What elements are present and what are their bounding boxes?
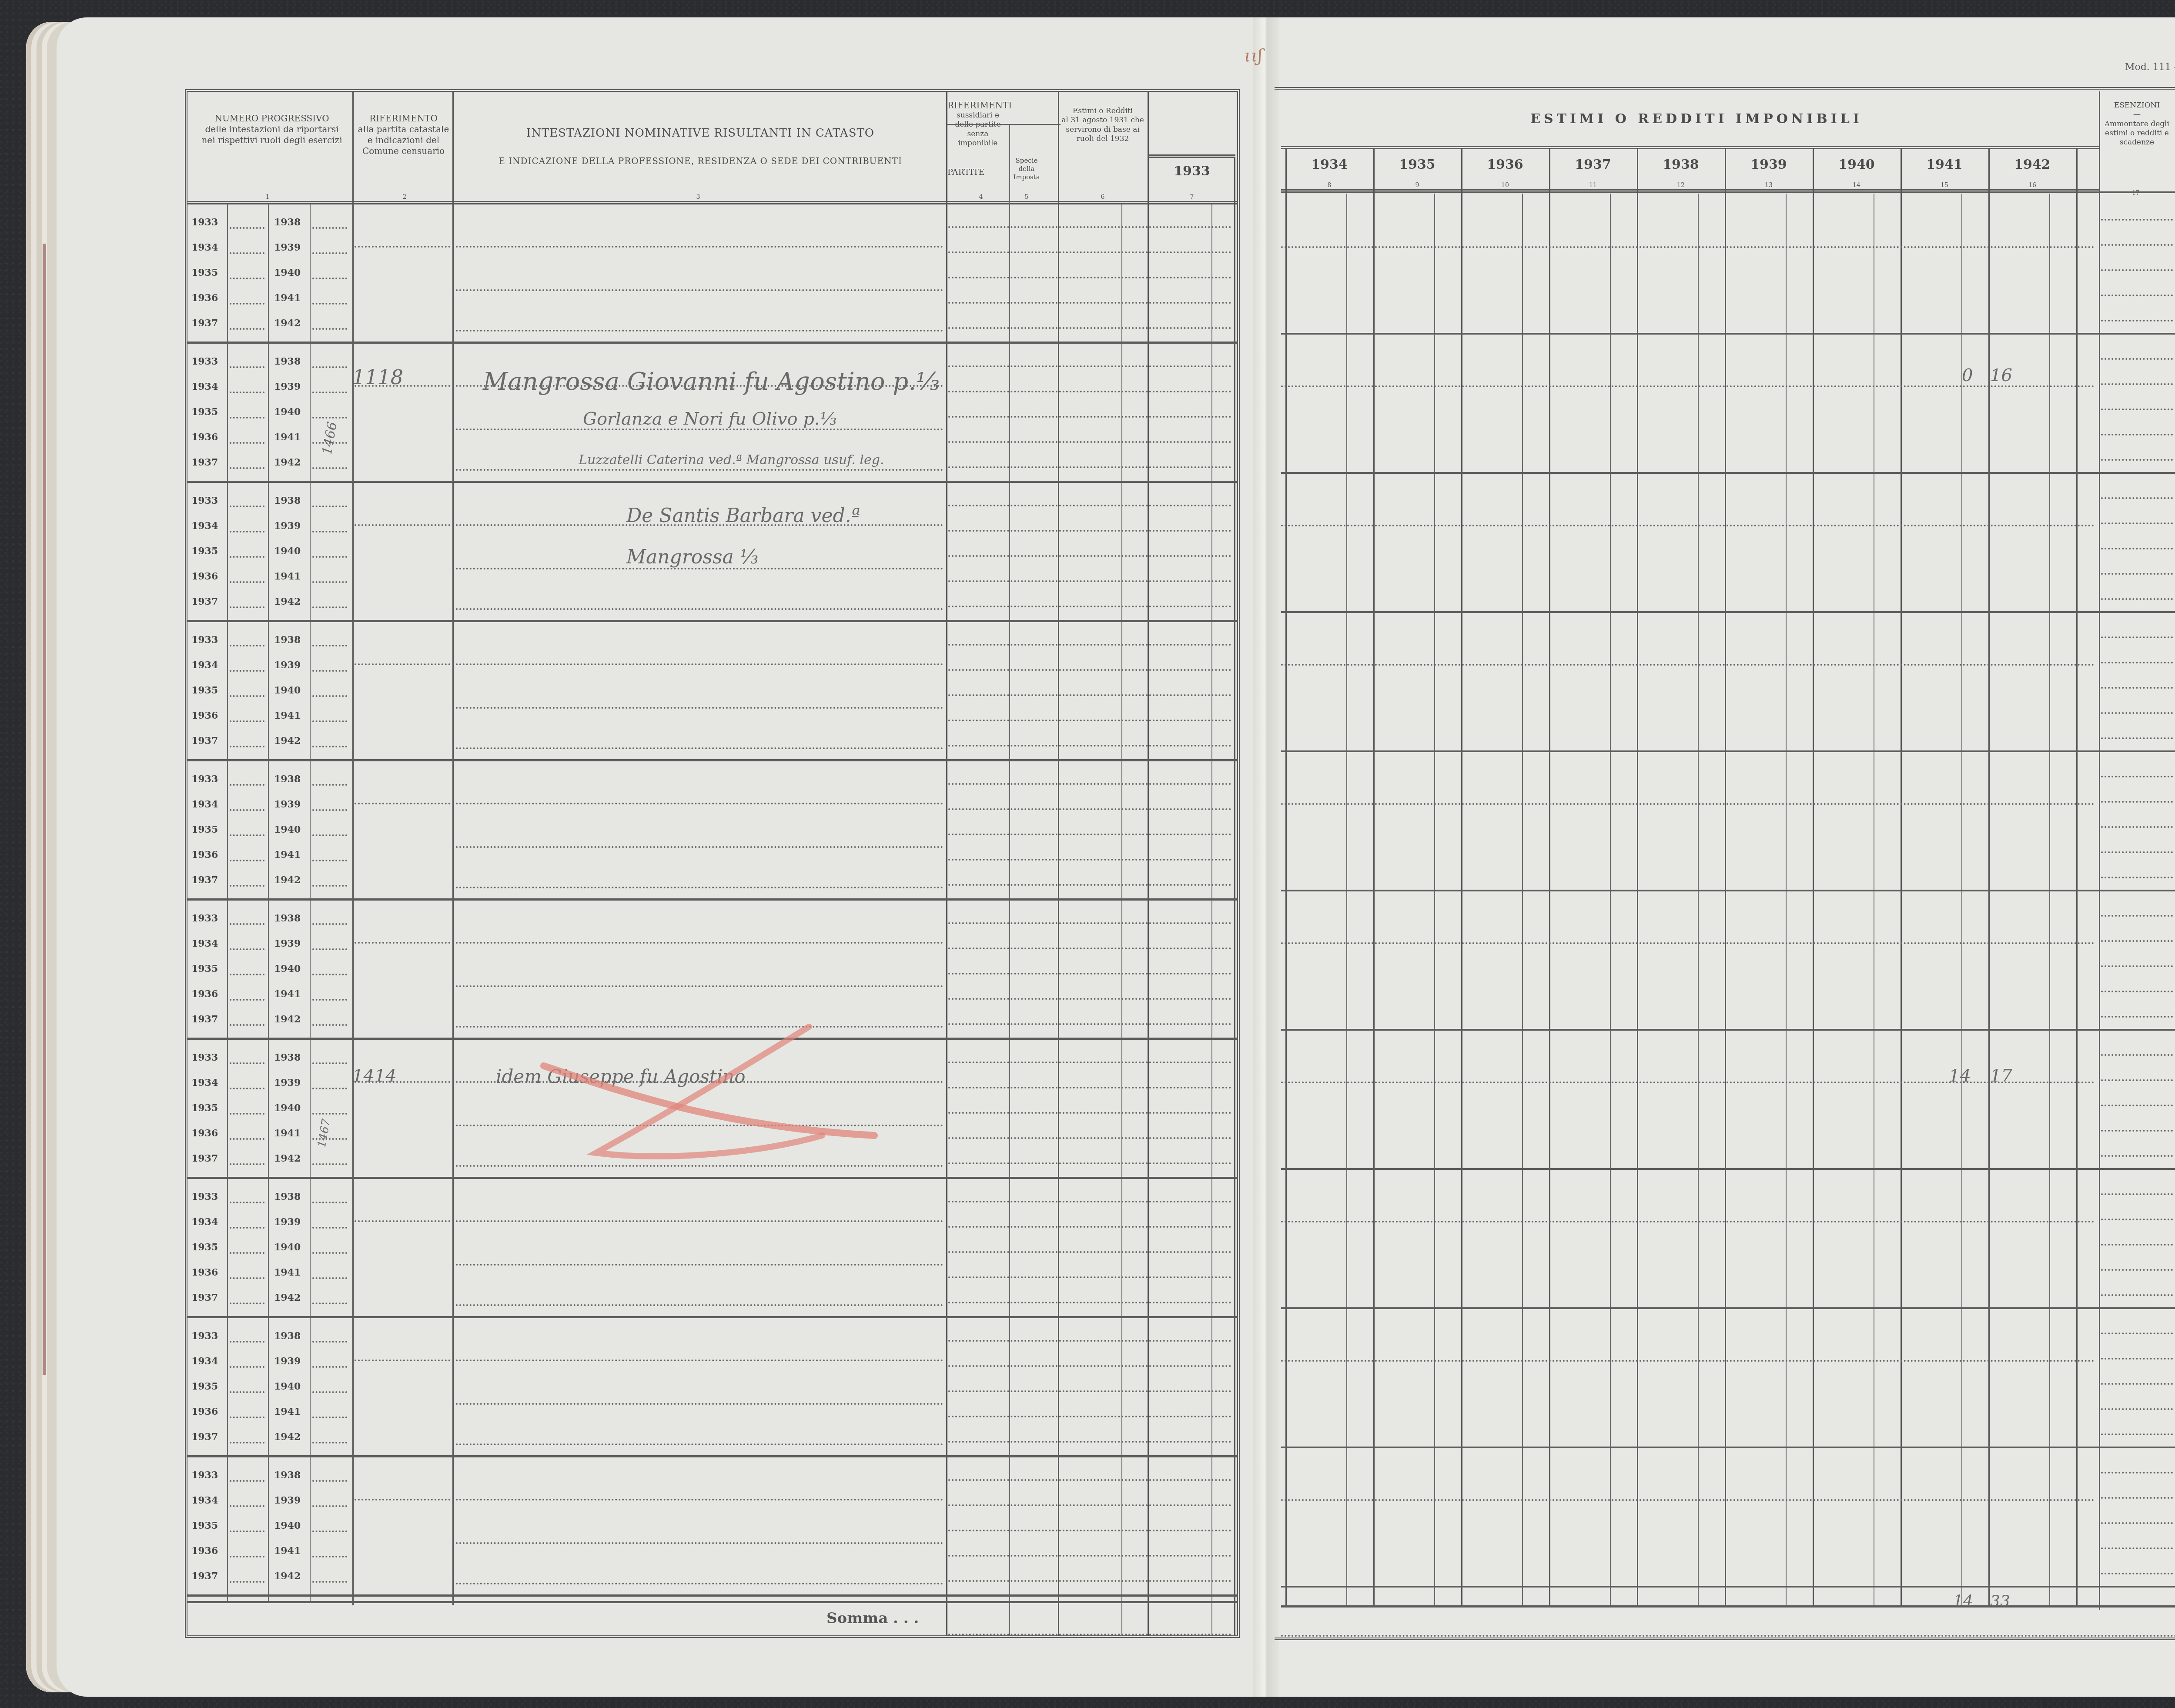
esenzioni-title: ESENZIONI <box>2101 101 2173 110</box>
year-label-right: 1942 <box>274 596 301 607</box>
year-label-right: 1942 <box>274 318 301 329</box>
year-label-right: 1939 <box>274 1216 301 1228</box>
year-col-header: 1941 <box>1901 157 1988 173</box>
year-fill-line <box>312 695 347 697</box>
entry-2-1941-lire: 0 <box>1962 365 1973 385</box>
col6-title: Estimi o Redditi <box>1059 107 1146 116</box>
esenzioni-writing-line <box>2101 320 2173 322</box>
amount-writing-line <box>948 391 1231 392</box>
esenzioni-writing-line <box>2101 434 2173 435</box>
year-col-number: 15 <box>1901 182 1988 189</box>
entry-separator <box>1281 750 2175 752</box>
year-col-number: 11 <box>1549 182 1637 189</box>
col3-number: 3 <box>692 194 705 201</box>
esenzioni-writing-line <box>2101 1497 2173 1499</box>
year-label-right: 1940 <box>274 1242 301 1253</box>
year-fill-line <box>230 1062 264 1064</box>
name-writing-line <box>456 942 943 944</box>
year-label-left: 1936 <box>191 1545 218 1557</box>
esenzioni-writing-line <box>2101 598 2173 600</box>
year-fill-line <box>312 1163 347 1165</box>
year-fill-line <box>312 1442 347 1443</box>
year-label-right: 1938 <box>274 1191 301 1202</box>
year-fill-line <box>230 923 264 925</box>
esenzioni-writing-line <box>2101 244 2173 246</box>
year-label-left: 1937 <box>191 596 218 607</box>
esenzioni-writing-line <box>2101 1383 2173 1385</box>
year-fill-line <box>312 784 347 786</box>
year-fill-line <box>312 1391 347 1393</box>
ref-writing-line <box>355 1360 450 1361</box>
year-fill-line <box>312 392 347 393</box>
year-label-left: 1935 <box>191 546 218 557</box>
esenzioni-writing-line <box>2101 548 2173 549</box>
year-fill-line <box>230 695 264 697</box>
footer-divider <box>187 1601 1238 1603</box>
year-fill-line <box>230 1024 264 1026</box>
year-fill-line <box>230 1113 264 1115</box>
year-fill-line <box>312 1252 347 1254</box>
year-fill-line <box>312 1088 347 1089</box>
col3-title: INTESTAZIONI NOMINATIVE RISULTANTI IN CA… <box>455 126 946 141</box>
year-col-line <box>1725 148 1726 1605</box>
value-writing-line <box>1281 1360 2095 1362</box>
year-label-right: 1938 <box>274 356 301 367</box>
year-fill-line <box>230 1417 264 1418</box>
year-fill-line <box>312 1480 347 1482</box>
value-writing-line <box>1281 246 2095 248</box>
esenzioni-writing-line <box>2101 1433 2173 1435</box>
entry-separator <box>1281 1307 2175 1309</box>
cent-col-line <box>1961 194 1962 1605</box>
year-label-left: 1933 <box>191 1052 218 1063</box>
ref-writing-line <box>355 942 450 944</box>
year-fill-line <box>230 746 264 747</box>
year-fill-line <box>230 1366 264 1368</box>
cent-col-line <box>1434 194 1435 1605</box>
year-col-line <box>1901 148 1902 1605</box>
year-fill-line <box>312 417 347 419</box>
year-fill-line <box>230 809 264 811</box>
model-title: Mod. 111 - Imposte Dirette (Intercalare)… <box>2125 62 2175 73</box>
value-writing-line <box>1281 803 2095 805</box>
value-writing-line <box>1281 525 2095 526</box>
year-fill-line <box>312 948 347 950</box>
amount-writing-line <box>948 327 1231 329</box>
year-label-left: 1936 <box>191 1267 218 1278</box>
year-fill-line <box>230 1341 264 1343</box>
year-fill-line <box>312 606 347 608</box>
year-fill-line <box>312 1531 347 1532</box>
amount-writing-line <box>948 808 1231 810</box>
year-fill-line <box>230 645 264 646</box>
esenzioni-writing-line <box>2101 877 2173 878</box>
year-label-left: 1936 <box>191 571 218 582</box>
year-label-left: 1934 <box>191 520 218 532</box>
year-label-right: 1938 <box>274 1330 301 1342</box>
year-fill-line <box>312 1303 347 1304</box>
cent-col-line <box>2049 194 2050 1605</box>
amount-writing-line <box>948 555 1231 557</box>
year-fill-line <box>230 860 264 861</box>
esenzioni-writing-line <box>2101 1522 2173 1524</box>
name-writing-line <box>456 1499 943 1500</box>
name-writing-line <box>456 1264 943 1266</box>
year-col-line <box>1988 148 1990 1605</box>
esenzioni-writing-line <box>2101 1219 2173 1220</box>
year-fill-line <box>312 1202 347 1203</box>
year-label-left: 1936 <box>191 849 218 861</box>
esenzioni-writing-line <box>2101 1269 2173 1271</box>
year-label-left: 1935 <box>191 963 218 975</box>
col4-number: 4 <box>977 194 985 201</box>
amount-writing-line <box>948 1530 1231 1531</box>
year-label-right: 1939 <box>274 520 301 532</box>
vline-col1-end <box>352 91 354 1605</box>
year-label-right: 1939 <box>274 1077 301 1088</box>
name-writing-line <box>456 1304 943 1306</box>
amount-writing-line <box>948 1365 1231 1367</box>
year-fill-line <box>230 417 264 419</box>
year-fill-line <box>312 999 347 1001</box>
left-table-frame <box>185 89 1240 1638</box>
year-label-left: 1935 <box>191 685 218 696</box>
year-fill-line <box>312 670 347 672</box>
value-writing-line <box>1281 1499 2095 1501</box>
year-fill-line <box>230 366 264 368</box>
esenzioni-writing-line <box>2101 358 2173 360</box>
year-col-line <box>1373 148 1375 1605</box>
name-writing-line <box>456 985 943 987</box>
name-writing-line <box>456 1542 943 1544</box>
year-col-number: 12 <box>1637 182 1725 189</box>
year-label-right: 1940 <box>274 824 301 835</box>
amount-writing-line <box>948 1555 1231 1557</box>
col6-subtitle: al 31 agosto 1931 che servirono di base … <box>1059 116 1146 144</box>
esenzioni-writing-line <box>2101 826 2173 828</box>
year-fill-line <box>312 278 347 279</box>
amount-writing-line <box>948 302 1231 304</box>
amount-writing-line <box>948 694 1231 696</box>
entry-separator <box>187 1594 1238 1597</box>
year-label-left: 1937 <box>191 318 218 329</box>
esenzioni-writing-line <box>2101 219 2173 221</box>
year-fill-line <box>312 1024 347 1026</box>
year-label-right: 1940 <box>274 685 301 696</box>
year-label-left: 1936 <box>191 988 218 1000</box>
year-label-left: 1933 <box>191 913 218 924</box>
year-fill-line <box>230 885 264 887</box>
year-label-right: 1942 <box>274 735 301 747</box>
amount-writing-line <box>948 1276 1231 1278</box>
col3-subtitle: E INDICAZIONE DELLA PROFESSIONE, RESIDEN… <box>455 156 946 167</box>
amount-writing-line <box>948 365 1231 367</box>
right-somma-line <box>1281 1635 2175 1637</box>
year-fill-line <box>312 303 347 305</box>
year-fill-line <box>312 252 347 254</box>
name-writing-line <box>456 747 943 749</box>
year-col-line <box>1549 148 1550 1605</box>
amount-writing-line <box>948 226 1231 228</box>
year-label-left: 1934 <box>191 1077 218 1088</box>
esenzioni-writing-line <box>2101 1130 2173 1132</box>
esenzioni-writing-line <box>2101 965 2173 967</box>
entry-2-name-1: Mangrossa Giovanni fu Agostino p.⅓ <box>483 368 940 396</box>
col6-header: Estimi o Redditi al 31 agosto 1931 che s… <box>1059 107 1146 144</box>
col1-subtitle: delle intestazioni da riportarsi nei ris… <box>191 124 352 146</box>
year-label-right: 1939 <box>274 381 301 392</box>
year-fill-line <box>312 974 347 975</box>
year-label-right: 1942 <box>274 1431 301 1443</box>
col2-header: RIFERIMENTO alla partita catastale e ind… <box>355 113 452 157</box>
year-label-right: 1941 <box>274 710 301 721</box>
year-label-right: 1938 <box>274 1470 301 1481</box>
year-fill-line <box>312 328 347 330</box>
year-label-right: 1941 <box>274 849 301 861</box>
entry-separator <box>1281 1168 2175 1170</box>
red-spine-edge <box>43 244 46 1375</box>
value-writing-line <box>1281 942 2095 944</box>
esenzioni-writing-line <box>2101 801 2173 803</box>
esenzioni-writing-line <box>2101 851 2173 853</box>
year-fill-line <box>230 556 264 558</box>
year-fill-line <box>312 556 347 558</box>
entry-3-name-2: Mangrossa ⅓ <box>626 546 758 568</box>
year-fill-line <box>230 328 264 330</box>
col2-number: 2 <box>398 194 411 201</box>
name-writing-line <box>456 1360 943 1361</box>
year-fill-line <box>312 1366 347 1368</box>
esenzioni-writing-line <box>2101 383 2173 385</box>
col45-subtitle: sussidiari e delle partite senza imponib… <box>947 111 1008 148</box>
year-fill-line <box>312 885 347 887</box>
year-label-left: 1936 <box>191 432 218 443</box>
section-title: ESTIMI O REDDITI IMPONIBILI <box>1305 111 2088 127</box>
specie-imposta-header: Specie della Imposta <box>1011 157 1042 181</box>
entry-separator <box>187 481 1238 483</box>
year-label-left: 1935 <box>191 267 218 278</box>
year-col-number: 13 <box>1725 182 1813 189</box>
year-fill-line <box>312 1277 347 1279</box>
vline-col1-a <box>227 204 228 1601</box>
amount-writing-line <box>948 1062 1231 1063</box>
year-label-right: 1939 <box>274 799 301 810</box>
ref-writing-line <box>355 803 450 804</box>
esenzioni-writing-line <box>2101 712 2173 714</box>
amount-writing-line <box>948 530 1231 532</box>
year-label-right: 1942 <box>274 457 301 468</box>
entry-separator <box>1281 472 2175 474</box>
year-label-left: 1937 <box>191 874 218 886</box>
year-fill-line <box>230 974 264 975</box>
col1-title: NUMERO PROGRESSIVO <box>191 113 352 124</box>
year-fill-line <box>312 581 347 583</box>
year-label-left: 1934 <box>191 1495 218 1506</box>
header-divider <box>187 201 1238 204</box>
year-fill-line <box>230 1581 264 1583</box>
year-label-left: 1934 <box>191 242 218 253</box>
year-col-line <box>2076 148 2078 1605</box>
col6-number: 6 <box>1098 194 1107 201</box>
amount-writing-line <box>948 973 1231 975</box>
year-label-left: 1937 <box>191 1571 218 1582</box>
entry-7-1941-lire: 14 <box>1949 1066 1971 1086</box>
year-label-right: 1942 <box>274 1571 301 1582</box>
year-col-header: 1934 <box>1285 157 1373 173</box>
year-fill-line <box>230 606 264 608</box>
entry-separator <box>187 1316 1238 1318</box>
amount-writing-line <box>948 1340 1231 1342</box>
year-label-left: 1934 <box>191 381 218 392</box>
vline-col7-split <box>1211 204 1212 1636</box>
year-label-right: 1941 <box>274 988 301 1000</box>
year-fill-line <box>230 948 264 950</box>
esenzioni-header: ESENZIONI — Ammontare degli estimi o red… <box>2101 101 2173 147</box>
col2-title: RIFERIMENTO <box>355 113 452 124</box>
entry-separator <box>1281 1586 2175 1587</box>
year-fill-line <box>312 1227 347 1229</box>
cent-col-line <box>1874 194 1874 1605</box>
col5-number: 5 <box>1022 194 1031 201</box>
esenzioni-writing-line <box>2101 940 2173 942</box>
amount-writing-line <box>948 745 1231 747</box>
amount-writing-line <box>948 669 1231 671</box>
year-fill-line <box>230 1202 264 1203</box>
esenzioni-writing-line <box>2101 1573 2173 1574</box>
amount-writing-line <box>948 1226 1231 1228</box>
vline-col6-split <box>1121 204 1122 1636</box>
amount-writing-line <box>948 922 1231 924</box>
entry-separator <box>187 1177 1238 1179</box>
entry-2-name-2: Gorlanza e Nori fu Olivo p.⅓ <box>583 409 837 429</box>
cent-col-line <box>1346 194 1347 1605</box>
esenzioni-writing-line <box>2101 1193 2173 1195</box>
name-writing-line <box>456 1443 943 1445</box>
amount-writing-line <box>948 834 1231 835</box>
name-writing-line <box>456 1403 943 1405</box>
col7-number: 7 <box>1188 194 1196 201</box>
year-label-right: 1940 <box>274 546 301 557</box>
name-writing-line <box>456 469 943 471</box>
amount-writing-line <box>948 1302 1231 1303</box>
ref-writing-line <box>355 1220 450 1222</box>
year-label-left: 1935 <box>191 1242 218 1253</box>
name-writing-line <box>456 1220 943 1222</box>
year-fill-line <box>312 809 347 811</box>
entry-7-1941-cent: 17 <box>1990 1066 2012 1086</box>
cent-col-line <box>1786 194 1787 1605</box>
year-fill-line <box>230 1138 264 1140</box>
year-label-left: 1936 <box>191 292 218 304</box>
esenzioni-writing-line <box>2101 522 2173 524</box>
year-label-left: 1936 <box>191 710 218 721</box>
year-label-right: 1941 <box>274 1267 301 1278</box>
name-writing-line <box>456 887 943 888</box>
esenzioni-writing-line <box>2101 991 2173 992</box>
year-label-left: 1935 <box>191 1381 218 1392</box>
value-writing-line <box>1281 1221 2095 1222</box>
esenzioni-subtitle: Ammontare degli estimi o redditi e scade… <box>2101 120 2173 147</box>
year-fill-line <box>312 227 347 229</box>
esenzioni-writing-line <box>2101 1155 2173 1157</box>
name-writing-line <box>456 846 943 848</box>
right-footer-divider <box>1281 1605 2175 1608</box>
year-fill-line <box>230 1277 264 1279</box>
esenzioni-writing-line <box>2101 1333 2173 1334</box>
esenzioni-writing-line <box>2101 737 2173 739</box>
value-writing-line <box>1281 385 2095 387</box>
entry-separator <box>1281 1029 2175 1031</box>
year-col-header: 1939 <box>1725 157 1813 173</box>
annotazioni-divider <box>2099 191 2175 193</box>
year-label-left: 1933 <box>191 774 218 785</box>
amount-writing-line <box>948 1580 1231 1582</box>
esenzioni-writing-line <box>2101 1016 2173 1018</box>
cent-col-line <box>1522 194 1523 1605</box>
years-top-divider <box>1281 146 2099 149</box>
amount-writing-line <box>948 1441 1231 1443</box>
entry-separator <box>1281 611 2175 613</box>
year-label-right: 1938 <box>274 634 301 646</box>
name-writing-line <box>456 1583 943 1584</box>
year-fill-line <box>230 999 264 1001</box>
amount-writing-line <box>948 998 1231 1000</box>
col2-subtitle: alla partita catastale e indicazioni del… <box>355 124 452 157</box>
vline-esenzioni-start <box>2099 91 2100 1610</box>
amount-writing-line <box>948 606 1231 607</box>
ref-writing-line <box>355 524 450 526</box>
year-fill-line <box>230 467 264 469</box>
year-label-left: 1933 <box>191 1191 218 1202</box>
year-fill-line <box>230 1163 264 1165</box>
year-fill-line <box>312 1113 347 1115</box>
somma-label: Somma . . . <box>826 1610 919 1627</box>
amount-writing-line <box>948 948 1231 949</box>
name-writing-line <box>456 707 943 709</box>
year-fill-line <box>312 834 347 836</box>
name-writing-line <box>456 289 943 291</box>
esenzioni-writing-line <box>2101 1408 2173 1410</box>
year-col-header: 1940 <box>1813 157 1901 173</box>
year-label-left: 1937 <box>191 1153 218 1164</box>
red-strike-out-mark <box>535 1022 883 1166</box>
year-label-left: 1934 <box>191 799 218 810</box>
year-label-right: 1939 <box>274 1356 301 1367</box>
col1-header: NUMERO PROGRESSIVO delle intestazioni da… <box>191 113 352 146</box>
value-writing-line <box>1281 1082 2095 1083</box>
year-fill-line <box>230 227 264 229</box>
year-label-left: 1933 <box>191 356 218 367</box>
year-label-right: 1939 <box>274 660 301 671</box>
name-writing-line <box>456 663 943 665</box>
year-fill-line <box>230 531 264 532</box>
total-1941-lire: 14 <box>1953 1592 1973 1610</box>
year-label-left: 1933 <box>191 1330 218 1342</box>
entry-separator <box>187 342 1238 344</box>
year-fill-line <box>230 278 264 279</box>
amount-writing-line <box>948 277 1231 278</box>
year-col-number: 9 <box>1373 182 1461 189</box>
ref-writing-line <box>355 663 450 665</box>
entry-separator <box>187 759 1238 761</box>
year-fill-line <box>230 720 264 722</box>
year-fill-line <box>312 467 347 469</box>
year-label-left: 1936 <box>191 1406 218 1417</box>
year-fill-line <box>312 923 347 925</box>
year-col-header: 1942 <box>1988 157 2076 173</box>
name-writing-line <box>456 330 943 332</box>
year-col-number: 8 <box>1285 182 1373 189</box>
